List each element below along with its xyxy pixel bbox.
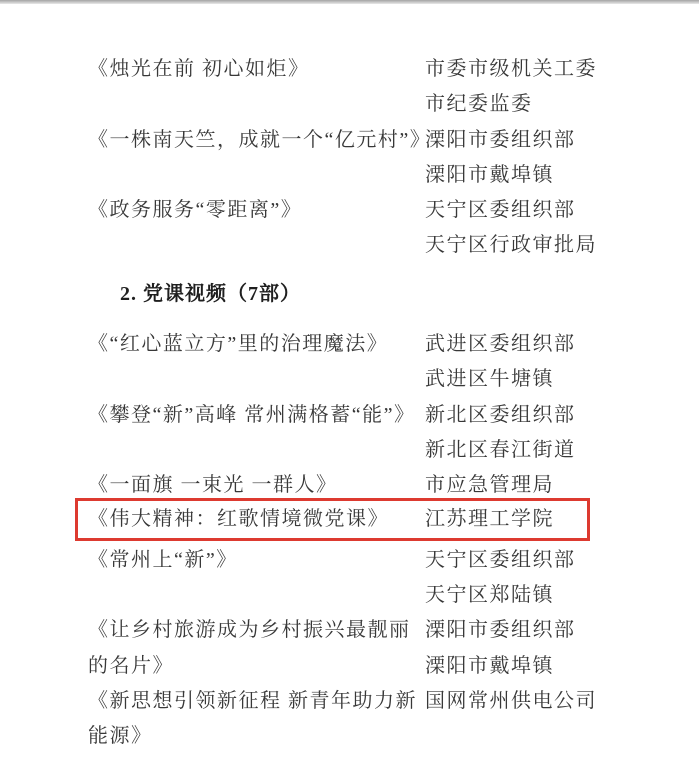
work-title: 《一面旗 一束光 一群人》 (88, 468, 425, 503)
org-name: 新北区春江街道 (425, 433, 608, 468)
org-name: 市纪委监委 (425, 87, 608, 122)
org-name: 溧阳市戴埠镇 (425, 649, 608, 684)
org-name: 溧阳市戴埠镇 (425, 158, 608, 193)
award-list: 《烛光在前 初心如炬》 市委市级机关工委 市纪委监委 《一株南天竺，成就一个“亿… (88, 52, 608, 755)
org-list: 溧阳市委组织部 溧阳市戴埠镇 (425, 613, 608, 684)
org-name: 市应急管理局 (425, 468, 608, 503)
org-name: 市委市级机关工委 (425, 52, 608, 87)
entry-row: 《新思想引领新征程 新青年助力新能源》 国网常州供电公司 (88, 684, 608, 755)
org-list: 武进区委组织部 武进区牛塘镇 (425, 327, 608, 398)
work-title: 《烛光在前 初心如炬》 (88, 52, 425, 123)
org-name: 武进区委组织部 (425, 327, 608, 362)
org-name: 天宁区郑陆镇 (425, 578, 608, 613)
org-list: 天宁区委组织部 天宁区行政审批局 (425, 193, 608, 264)
entry-row: 《政务服务“零距离”》 天宁区委组织部 天宁区行政审批局 (88, 193, 608, 264)
org-name: 天宁区委组织部 (425, 543, 608, 578)
entry-row: 《让乡村旅游成为乡村振兴最靓丽的名片》 溧阳市委组织部 溧阳市戴埠镇 (88, 613, 608, 684)
entry-row: 《攀登“新”高峰 常州满格蓄“能”》 新北区委组织部 新北区春江街道 (88, 398, 608, 469)
section-heading: 2. 党课视频（7部） (120, 277, 608, 312)
work-title: 《“红心蓝立方”里的治理魔法》 (88, 327, 425, 398)
entry-row: 《常州上“新”》 天宁区委组织部 天宁区郑陆镇 (88, 543, 608, 614)
work-title: 《政务服务“零距离”》 (88, 193, 425, 264)
org-name: 国网常州供电公司 (425, 684, 608, 719)
org-name: 武进区牛塘镇 (425, 362, 608, 397)
org-list: 国网常州供电公司 (425, 684, 608, 755)
work-title: 《让乡村旅游成为乡村振兴最靓丽的名片》 (88, 613, 425, 684)
document-page: 《烛光在前 初心如炬》 市委市级机关工委 市纪委监委 《一株南天竺，成就一个“亿… (0, 0, 699, 768)
org-name: 天宁区委组织部 (425, 193, 608, 228)
org-name: 溧阳市委组织部 (425, 123, 608, 158)
highlight-box: 《伟大精神：红歌情境微党课》 江苏理工学院 (75, 498, 590, 541)
org-name: 天宁区行政审批局 (425, 228, 608, 263)
entry-row: 《“红心蓝立方”里的治理魔法》 武进区委组织部 武进区牛塘镇 (88, 327, 608, 398)
org-list: 天宁区委组织部 天宁区郑陆镇 (425, 543, 608, 614)
org-list: 市应急管理局 (425, 468, 608, 503)
entry-row: 《一面旗 一束光 一群人》 市应急管理局 (88, 468, 608, 503)
page-top-edge (0, 0, 699, 4)
org-list: 市委市级机关工委 市纪委监委 (425, 52, 608, 123)
work-title: 《一株南天竺，成就一个“亿元村”》 (88, 123, 425, 194)
org-name: 江苏理工学院 (425, 502, 587, 537)
org-name: 新北区委组织部 (425, 398, 608, 433)
entry-row: 《烛光在前 初心如炬》 市委市级机关工委 市纪委监委 (88, 52, 608, 123)
work-title: 《新思想引领新征程 新青年助力新能源》 (88, 684, 425, 755)
entry-row: 《一株南天竺，成就一个“亿元村”》 溧阳市委组织部 溧阳市戴埠镇 (88, 123, 608, 194)
org-list: 江苏理工学院 (425, 502, 587, 537)
work-title: 《攀登“新”高峰 常州满格蓄“能”》 (88, 398, 425, 469)
work-title: 《常州上“新”》 (88, 543, 425, 614)
org-name: 溧阳市委组织部 (425, 613, 608, 648)
org-list: 新北区委组织部 新北区春江街道 (425, 398, 608, 469)
org-list: 溧阳市委组织部 溧阳市戴埠镇 (425, 123, 608, 194)
work-title: 《伟大精神：红歌情境微党课》 (88, 502, 425, 537)
